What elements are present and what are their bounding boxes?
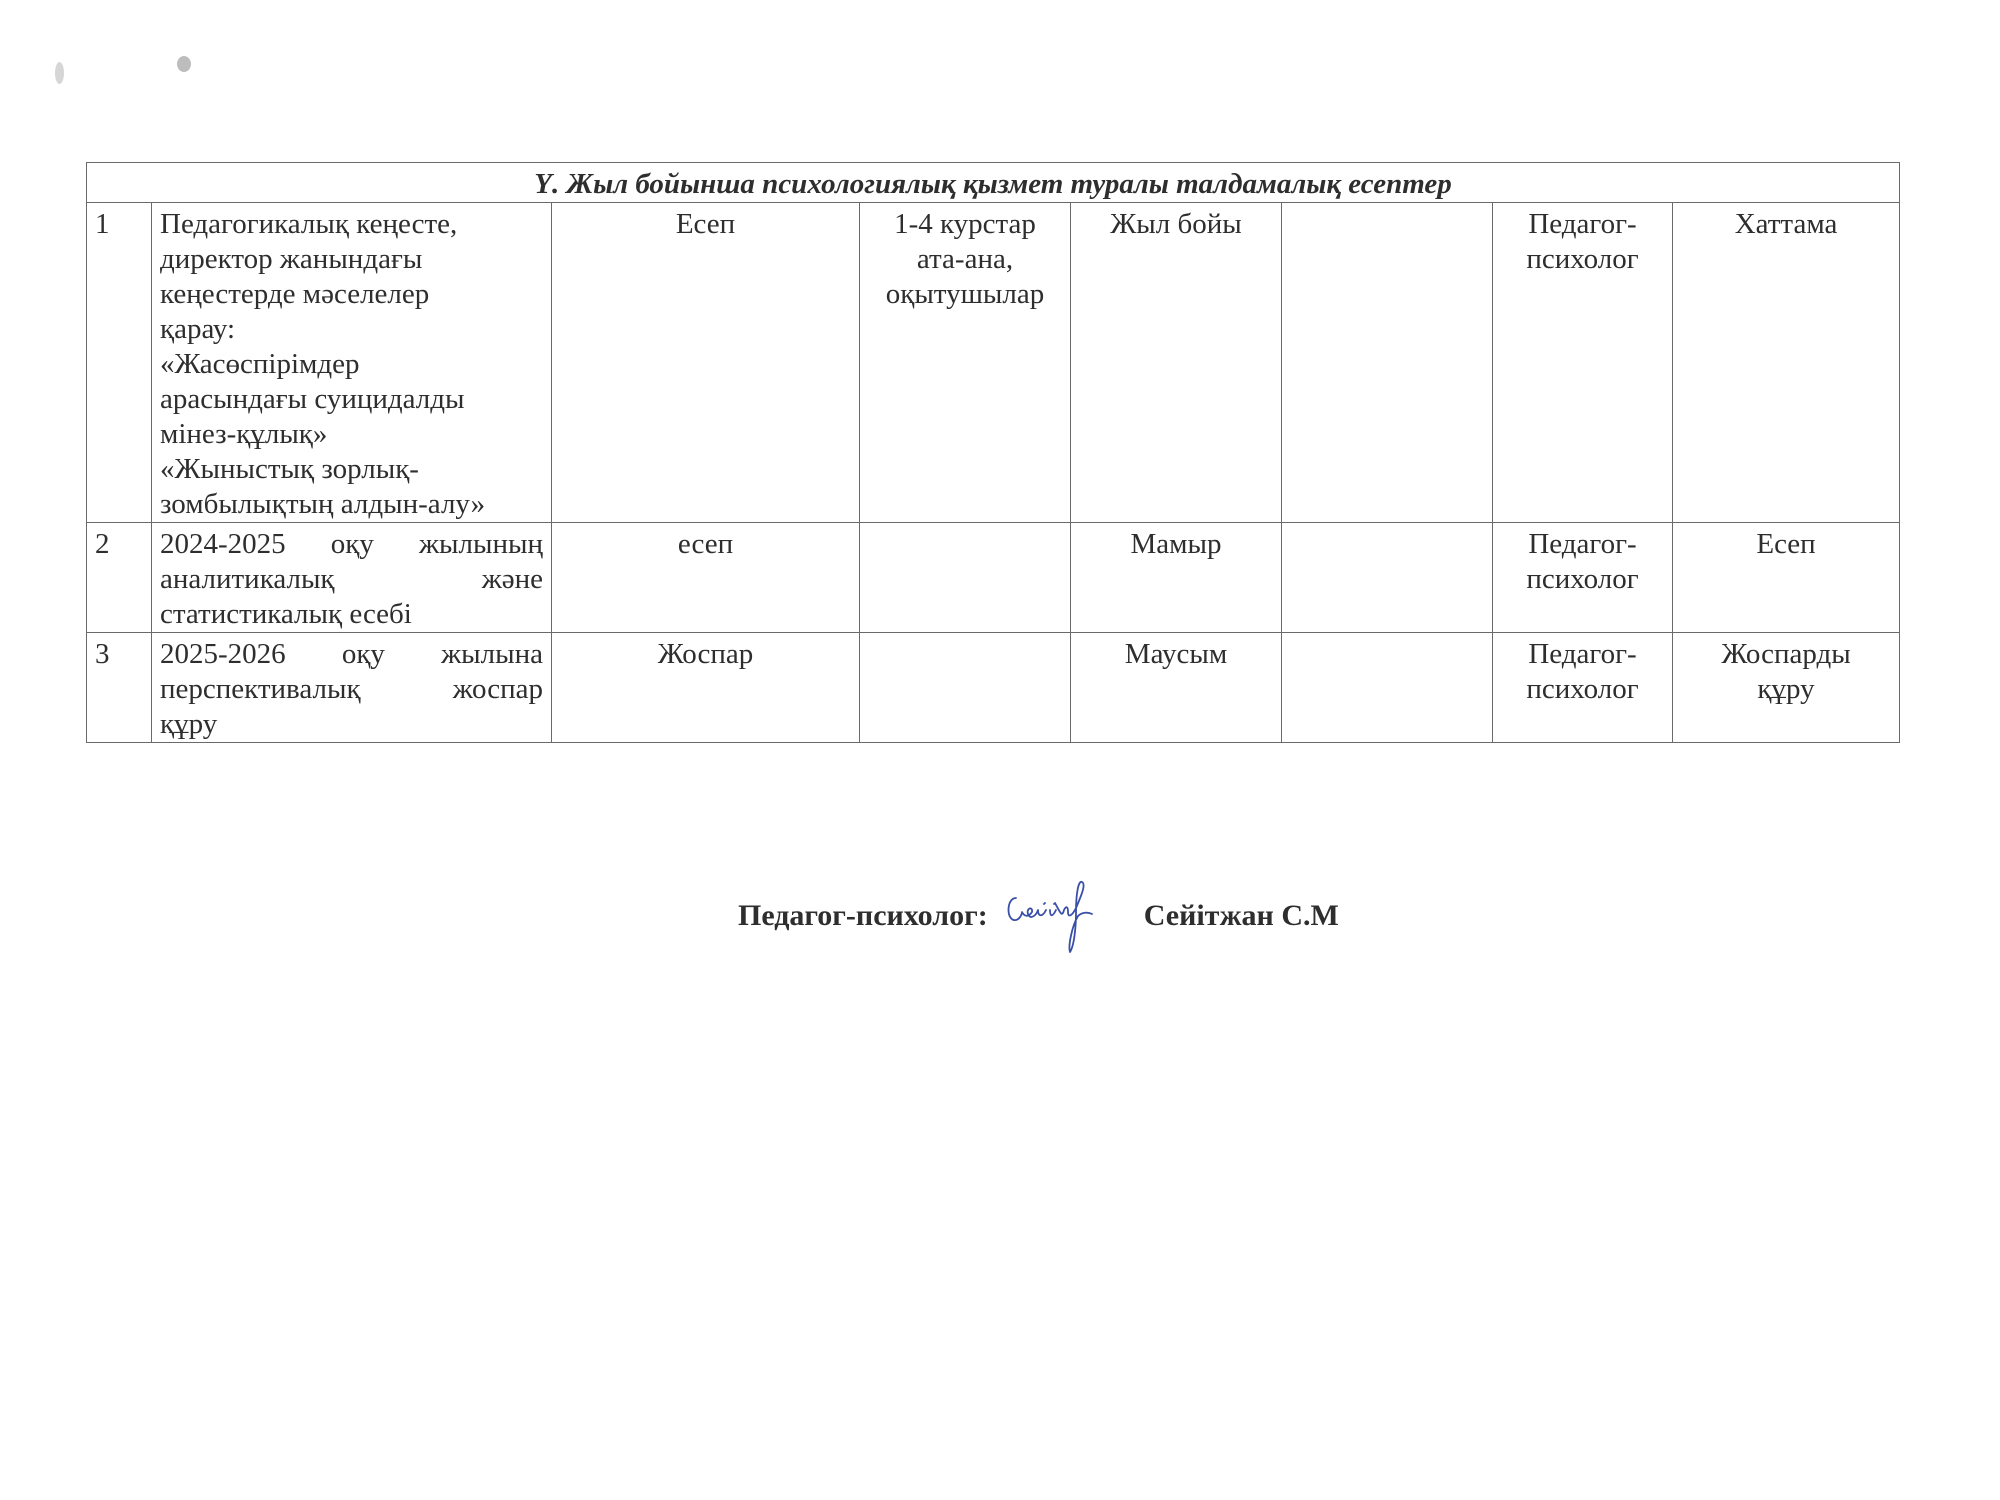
content-line: 2024-2025 оқу жылының: [160, 527, 543, 562]
responsible-line: психолог: [1501, 672, 1664, 707]
content-line: арасындағы суицидалды: [160, 382, 543, 417]
row-number: 2: [87, 523, 152, 633]
row-target: [860, 633, 1071, 743]
content-line: перспективалық жоспар: [160, 672, 543, 707]
result-line: Хаттама: [1681, 207, 1891, 242]
row-responsible: Педагог- психолог: [1493, 203, 1673, 523]
row-result: Хаттама: [1673, 203, 1900, 523]
responsible-line: Педагог-: [1501, 637, 1664, 672]
row-extra: [1282, 203, 1493, 523]
signatory-name: Сейітжан С.М: [1144, 899, 1339, 933]
row-form: Жоспар: [552, 633, 860, 743]
row-extra: [1282, 633, 1493, 743]
signature-role-label: Педагог-психолог:: [738, 899, 988, 933]
signature-block: Педагог-психолог: Сейітжан С.М: [738, 876, 1339, 956]
section-title: Ү. Жыл бойынша психологиялық қызмет тура…: [87, 163, 1900, 203]
responsible-line: психолог: [1501, 562, 1664, 597]
content-line: құру: [160, 707, 543, 742]
scan-speck: [55, 62, 64, 84]
content-line: мінез-құлық»: [160, 417, 543, 452]
result-line: Есеп: [1681, 527, 1891, 562]
row-number: 1: [87, 203, 152, 523]
row-form: есеп: [552, 523, 860, 633]
content-line: қарау:: [160, 312, 543, 347]
content-line: статистикалық есебі: [160, 597, 543, 632]
handwritten-signature-icon: [1002, 876, 1112, 956]
content-line: «Жыныстық зорлық-: [160, 452, 543, 487]
row-deadline: Жыл бойы: [1071, 203, 1282, 523]
row-content: 2025-2026 оқу жылына перспективалық жосп…: [152, 633, 552, 743]
row-extra: [1282, 523, 1493, 633]
row-result: Есеп: [1673, 523, 1900, 633]
content-line: кеңестерде мәселелер: [160, 277, 543, 312]
content-line: директор жанындағы: [160, 242, 543, 277]
row-deadline: Маусым: [1071, 633, 1282, 743]
row-number: 3: [87, 633, 152, 743]
content-line: «Жасөспірімдер: [160, 347, 543, 382]
table-row: 3 2025-2026 оқу жылына перспективалық жо…: [87, 633, 1900, 743]
content-line: аналитикалық және: [160, 562, 543, 597]
row-form: Есеп: [552, 203, 860, 523]
scan-speck: [177, 56, 191, 72]
table-row: 1 Педагогикалық кеңесте, директор жанынд…: [87, 203, 1900, 523]
result-line: құру: [1681, 672, 1891, 707]
row-responsible: Педагог- психолог: [1493, 633, 1673, 743]
content-line: зомбылықтың алдын-алу»: [160, 487, 543, 522]
row-target: 1-4 курстар ата-ана, оқытушылар: [860, 203, 1071, 523]
responsible-line: Педагог-: [1501, 207, 1664, 242]
table-row: 2 2024-2025 оқу жылының аналитикалық жән…: [87, 523, 1900, 633]
target-line: 1-4 курстар: [868, 207, 1062, 242]
row-content: Педагогикалық кеңесте, директор жанындағ…: [152, 203, 552, 523]
row-target: [860, 523, 1071, 633]
row-content: 2024-2025 оқу жылының аналитикалық және …: [152, 523, 552, 633]
content-line: Педагогикалық кеңесте,: [160, 207, 543, 242]
responsible-line: психолог: [1501, 242, 1664, 277]
row-deadline: Мамыр: [1071, 523, 1282, 633]
row-result: Жоспарды құру: [1673, 633, 1900, 743]
analytic-reports-table: Ү. Жыл бойынша психологиялық қызмет тура…: [86, 162, 1900, 743]
target-line: оқытушылар: [868, 277, 1062, 312]
result-line: Жоспарды: [1681, 637, 1891, 672]
content-line: 2025-2026 оқу жылына: [160, 637, 543, 672]
responsible-line: Педагог-: [1501, 527, 1664, 562]
row-responsible: Педагог- психолог: [1493, 523, 1673, 633]
target-line: ата-ана,: [868, 242, 1062, 277]
